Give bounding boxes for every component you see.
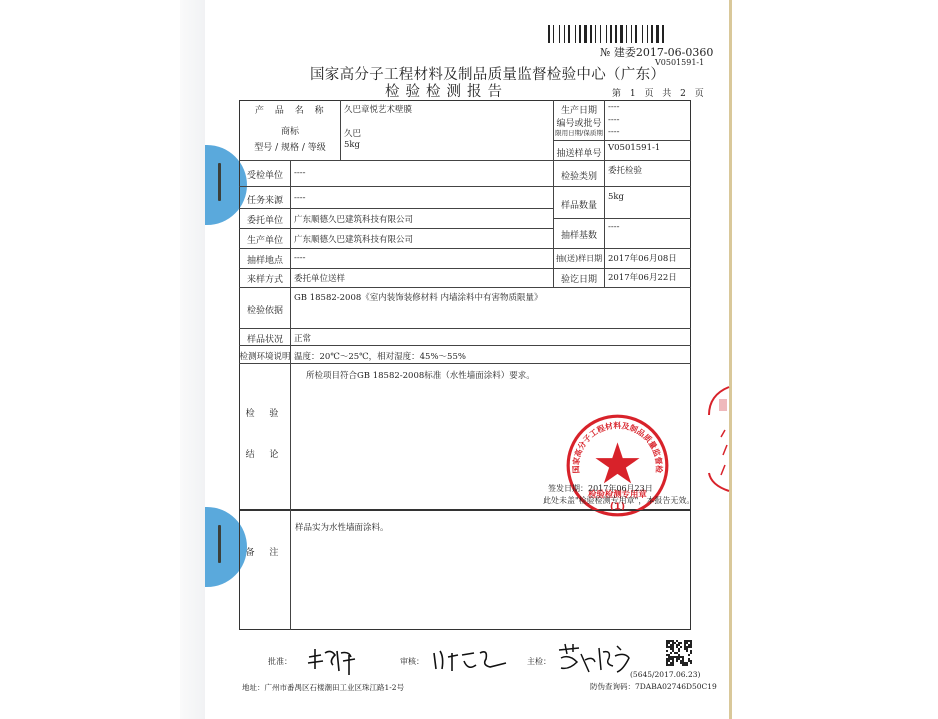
- conclusion-text: 所检项目符合GB 18582-2008标准（水性墙面涂料）要求。: [306, 369, 535, 381]
- divider: [290, 160, 291, 510]
- inspected-unit-label: 受检单位: [242, 168, 288, 181]
- divider: [553, 218, 691, 219]
- divider: [239, 160, 691, 161]
- conclusion-label-1: 检 验: [242, 406, 288, 419]
- remarks-label: 备 注: [242, 545, 288, 558]
- conclusion-label-2: 结 论: [242, 447, 288, 460]
- inspector-label: 主检：: [527, 656, 551, 667]
- completion-date-label: 验讫日期: [556, 272, 602, 285]
- divider: [604, 100, 605, 287]
- sample-no-label: 抽送样单号: [554, 146, 604, 159]
- inspector-signature: [555, 640, 640, 676]
- sample-qty-value: 5kg: [608, 192, 624, 202]
- sample-qty-label: 样品数量: [556, 198, 602, 211]
- sample-no-value: V0501591-1: [608, 143, 660, 153]
- environment-value: 温度：20℃～25℃，相对湿度：45%～55%: [294, 350, 466, 362]
- brand-value: 久巴: [344, 127, 361, 139]
- review-label: 审核：: [400, 656, 424, 667]
- sampling-date-label: 抽(送)样日期: [554, 253, 604, 264]
- divider: [239, 248, 553, 249]
- completion-date-value: 2017年06月22日: [608, 271, 677, 283]
- divider: [239, 208, 553, 209]
- divider: [553, 140, 691, 141]
- seam-stamp-icon: [705, 385, 730, 495]
- stamp-note: 此处未盖"检验检测专用章"，本报告无效。: [543, 495, 694, 506]
- divider: [239, 345, 691, 346]
- reviewer-signature: [430, 645, 510, 675]
- issue-date: 签发日期：2017年06月23日: [548, 483, 653, 494]
- sampling-base-label: 抽样基数: [556, 228, 602, 241]
- lab-address: 地址：广州市番禺区石楼潮田工业区珠江路1-2号: [242, 682, 404, 693]
- divider: [239, 363, 691, 364]
- model-value: 5kg: [344, 140, 360, 150]
- sample-condition-value: 正常: [294, 332, 311, 344]
- model-label: 型号 / 规格 / 等级: [245, 140, 335, 153]
- qr-date: (5645/2017.06.23): [630, 670, 700, 679]
- task-source-value: ----: [294, 193, 306, 203]
- page-edge: [729, 0, 732, 719]
- expiry-value: ----: [608, 127, 620, 137]
- inspected-unit-value: ----: [294, 168, 306, 178]
- sample-condition-label: 样品状况: [242, 332, 288, 345]
- barcode: [548, 25, 694, 43]
- manufacturer-label: 生产单位: [242, 233, 288, 246]
- sampling-base-value: ----: [608, 222, 620, 232]
- production-date-label: 生产日期: [556, 103, 602, 116]
- environment-label: 检测环境说明: [239, 350, 291, 362]
- sampling-date-value: 2017年06月08日: [608, 252, 677, 264]
- production-date-value: ----: [608, 102, 620, 112]
- inspection-type-label: 检验类别: [556, 169, 602, 182]
- basis-value: GB 18582-2008《室内装饰装修材料 内墙涂料中有害物质限量》: [294, 291, 543, 303]
- approve-label: 批准：: [268, 656, 292, 667]
- anti-fake-code: 防伪查询码：7DABA02746D50C19: [590, 681, 717, 692]
- basis-label: 检验依据: [242, 303, 288, 316]
- expiry-label: 限用日期/保质期: [554, 128, 604, 137]
- product-name-label: 产 品 名 称: [255, 103, 325, 116]
- sampling-method-value: 委托单位送样: [294, 272, 345, 284]
- divider: [239, 268, 691, 269]
- remarks-text: 样品实为水性墙面涂料。: [295, 521, 389, 533]
- divider: [239, 328, 691, 329]
- sampling-site-label: 抽样地点: [242, 253, 288, 266]
- task-source-label: 任务来源: [242, 193, 288, 206]
- divider: [290, 510, 291, 630]
- client-value: 广东顺德久巴建筑科技有限公司: [294, 213, 413, 225]
- brand-label: 商标: [255, 124, 325, 137]
- qr-code-icon: [666, 640, 692, 666]
- inspection-type-value: 委托检验: [608, 164, 642, 176]
- divider: [553, 248, 691, 249]
- report-title: 检验检测报告: [385, 80, 508, 101]
- sampling-site-value: ----: [294, 253, 306, 263]
- sampling-method-label: 来样方式: [242, 272, 288, 285]
- approver-signature: [305, 645, 360, 677]
- batch-value: ----: [608, 115, 620, 125]
- page-shadow: [180, 0, 205, 719]
- client-label: 委托单位: [242, 213, 288, 226]
- divider: [340, 100, 341, 160]
- divider: [239, 228, 553, 229]
- divider: [239, 186, 691, 187]
- divider: [239, 287, 691, 288]
- product-name-value: 久巴章悦艺术壁膜: [344, 103, 412, 115]
- manufacturer-value: 广东顺德久巴建筑科技有限公司: [294, 233, 413, 245]
- page-count: 第 1 页 共 2 页: [612, 86, 707, 99]
